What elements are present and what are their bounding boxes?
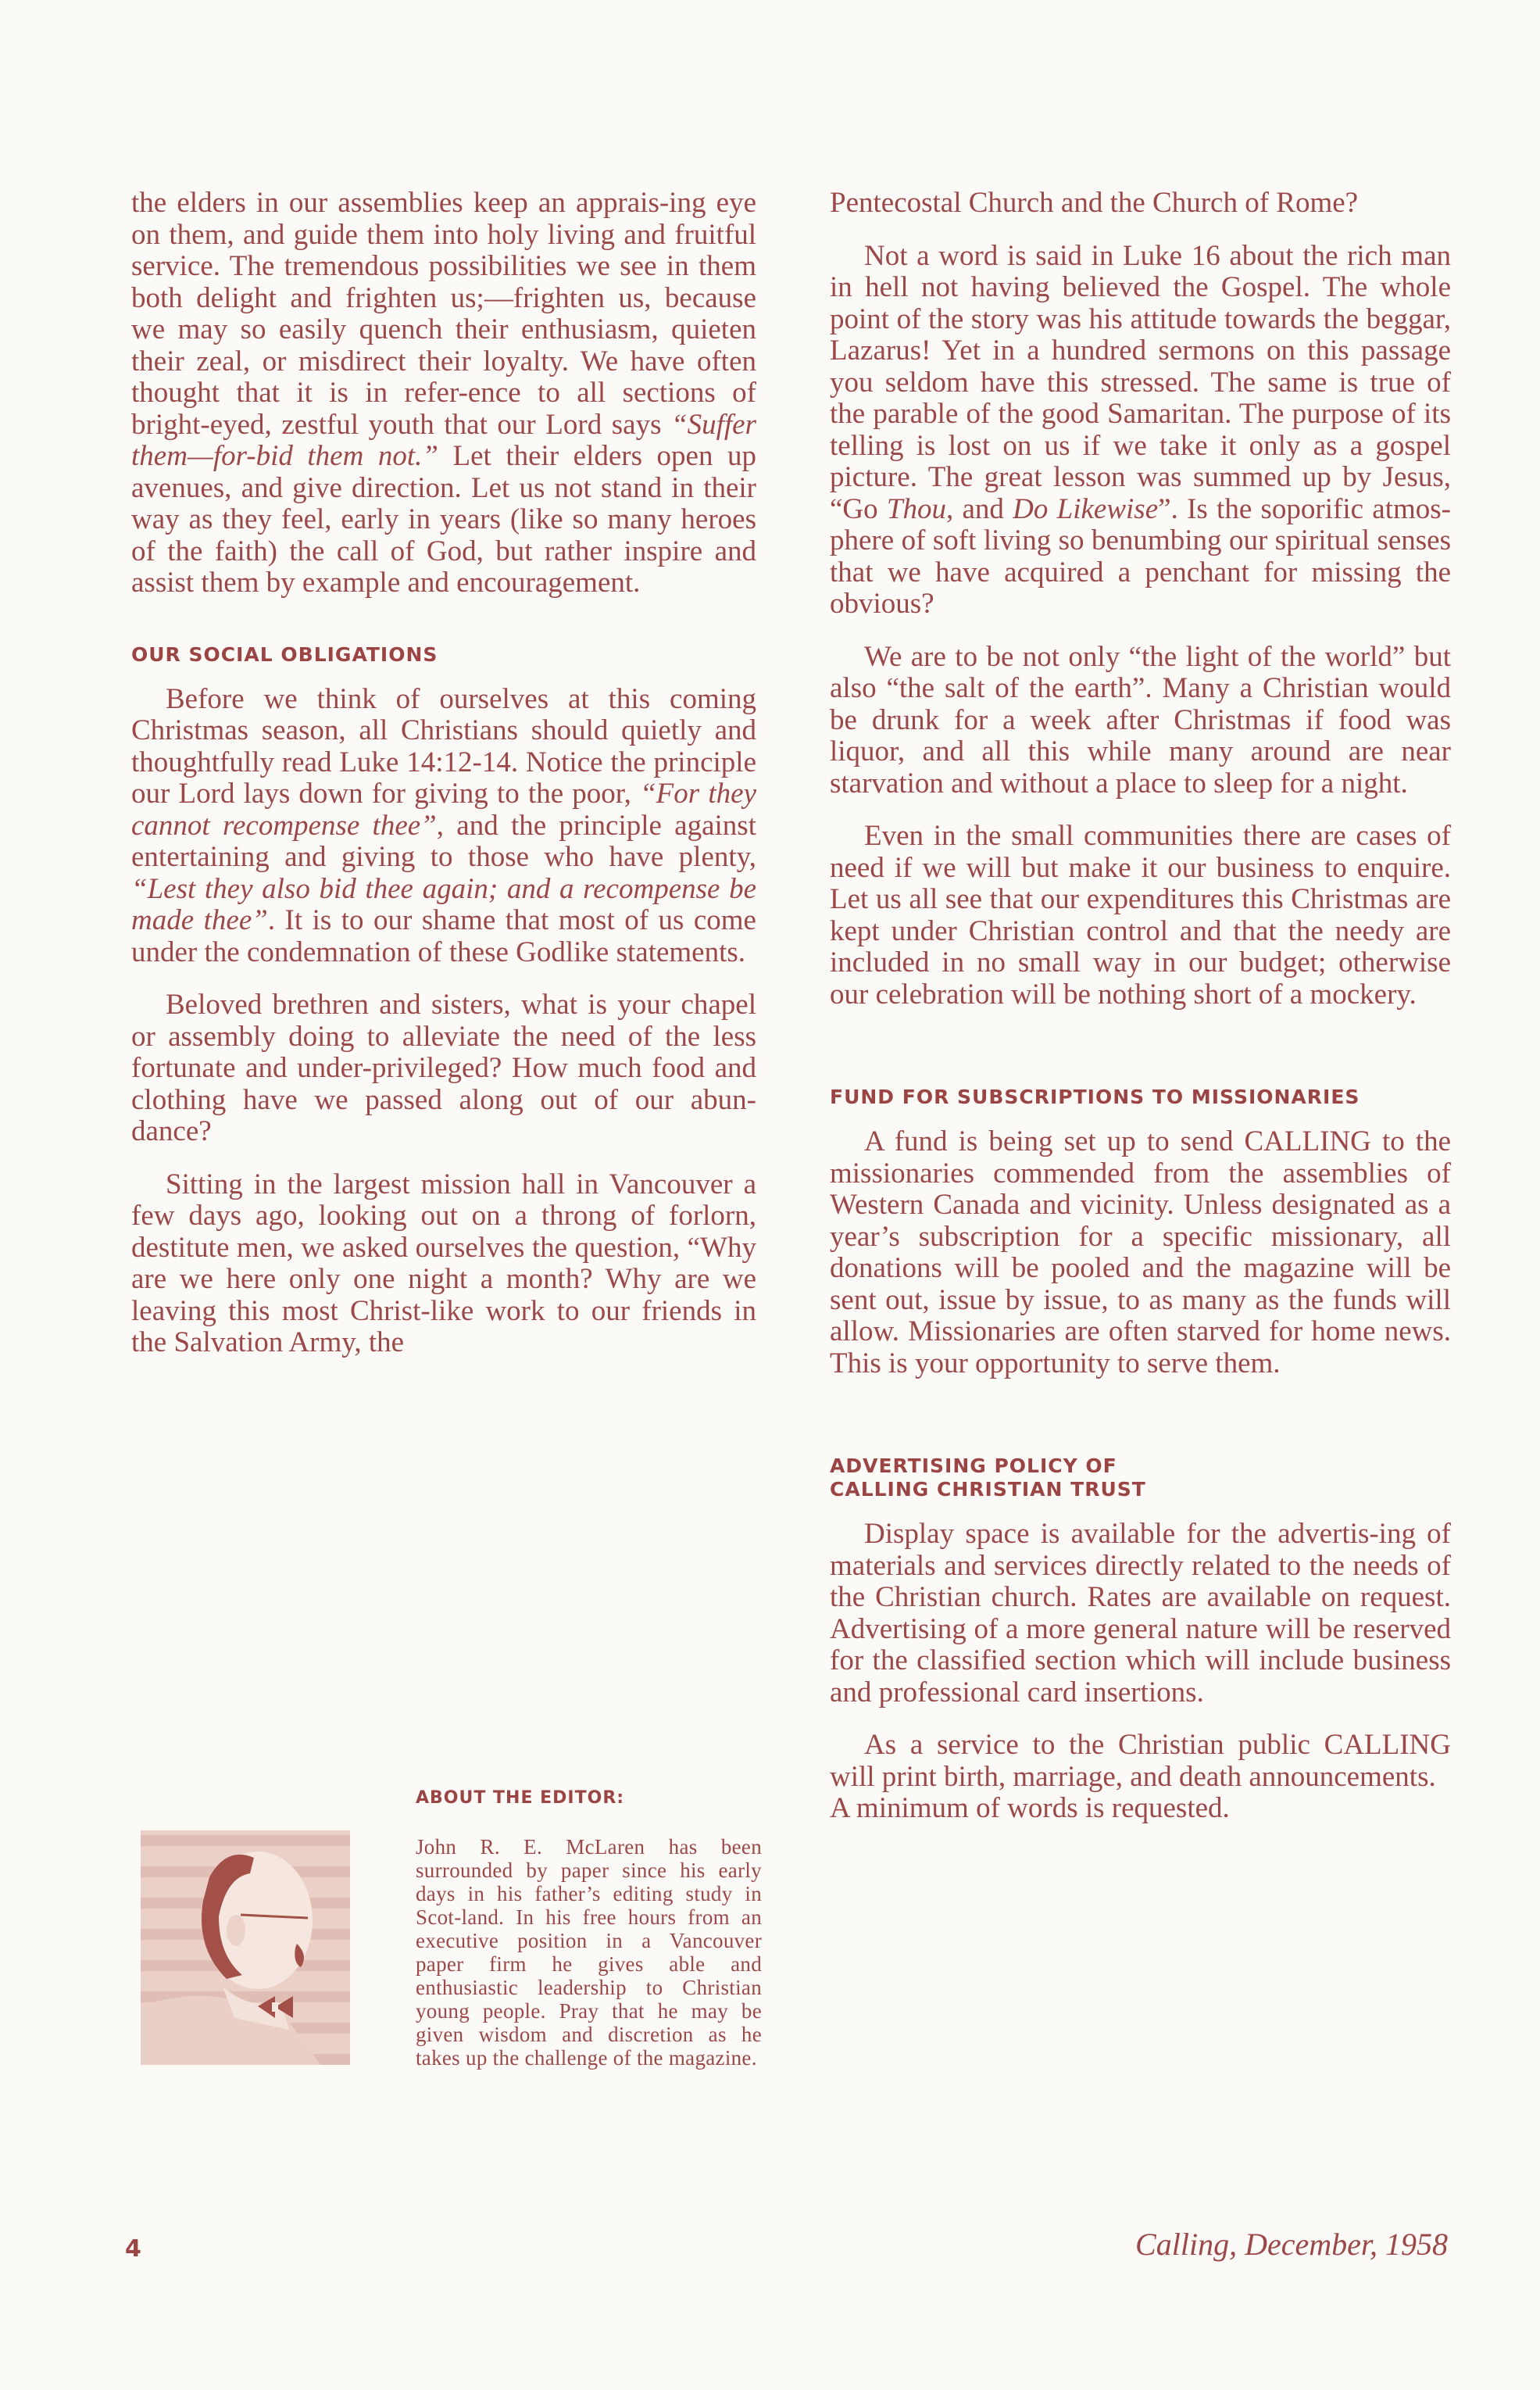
heading-social-obligations: OUR SOCIAL OBLIGATIONS	[131, 643, 756, 667]
heading-about-editor: ABOUT THE EDITOR:	[416, 1787, 762, 1810]
paragraph-christmas: Before we think of ourselves at this com…	[131, 684, 756, 969]
paragraph-elders: the elders in our assemblies keep an app…	[131, 188, 756, 599]
issue-line: Calling, December, 1958	[1135, 2226, 1448, 2263]
editor-portrait-icon	[141, 1830, 350, 2065]
paragraph-mission-hall: Sitting in the largest mission hall in V…	[131, 1169, 756, 1359]
paragraph-beloved: Beloved brethren and sisters, what is yo…	[131, 989, 756, 1148]
paragraph-fund: A fund is being set up to send CALLING t…	[830, 1126, 1451, 1379]
left-column: the elders in our assemblies keep an app…	[131, 188, 756, 1380]
paragraph-luke-16: Not a word is said in Luke 16 about the …	[830, 241, 1451, 621]
heading-fund-missionaries: FUND FOR SUBSCRIPTIONS TO MISSIONARIES	[830, 1086, 1451, 1109]
paragraph-pentecostal: Pentecostal Church and the Church of Rom…	[830, 188, 1451, 220]
about-editor: ABOUT THE EDITOR: John R. E. McLaren has…	[416, 1787, 762, 2070]
editor-bio: John R. E. McLaren has been surrounded b…	[416, 1835, 762, 2070]
paragraph-minimum-words: A minimum of words is requested.	[830, 1793, 1451, 1825]
paragraph-display-space: Display space is available for the adver…	[830, 1519, 1451, 1708]
page-number: 4	[125, 2235, 141, 2263]
paragraph-announcements: As a service to the Christian public CAL…	[830, 1730, 1451, 1793]
magazine-page: the elders in our assemblies keep an app…	[0, 0, 1540, 2390]
paragraph-small-communities: Even in the small communities there are …	[830, 821, 1451, 1011]
heading-advertising-policy: ADVERTISING POLICY OF CALLING CHRISTIAN …	[830, 1454, 1451, 1501]
paragraph-salt-light: We are to be not only “the light of the …	[830, 642, 1451, 800]
editor-photo	[141, 1830, 350, 2065]
right-column: Pentecostal Church and the Church of Rom…	[830, 188, 1451, 1846]
